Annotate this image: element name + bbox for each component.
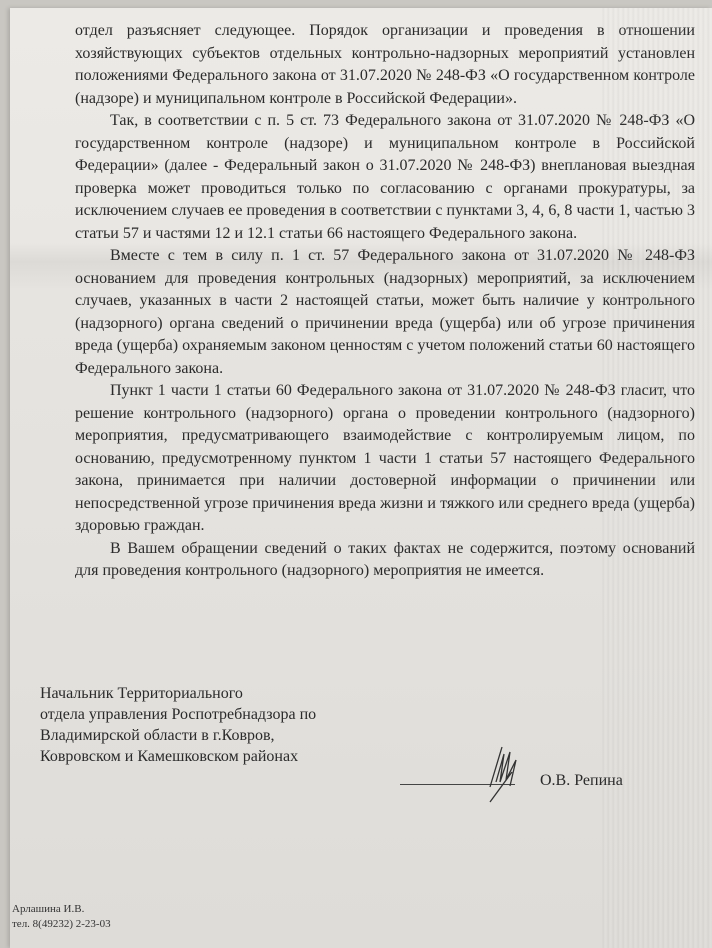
executor-name: Арлашина И.В. [12, 902, 111, 917]
signatory-title: Начальник Территориального отдела управл… [40, 683, 316, 767]
signatory-title-line: Ковровском и Камешковском районах [40, 746, 316, 767]
letter-body: отдел разъясняет следующее. Порядок орга… [75, 20, 695, 583]
signatory-title-line: Начальник Территориального [40, 683, 316, 704]
paragraph-article-73: Так, в соответствии с п. 5 ст. 73 Федера… [75, 110, 695, 245]
document-page: отдел разъясняет следующее. Порядок орга… [10, 8, 712, 948]
signatory-title-line: отдела управления Роспотребнадзора по [40, 704, 316, 725]
executor-info: Арлашина И.В. тел. 8(49232) 2-23-03 [12, 902, 111, 932]
paragraph-article-60: Пункт 1 части 1 статьи 60 Федерального з… [75, 380, 695, 538]
paragraph-intro: отдел разъясняет следующее. Порядок орга… [75, 20, 695, 110]
signatory-name: О.В. Репина [540, 772, 623, 790]
paragraph-article-57: Вместе с тем в силу п. 1 ст. 57 Федераль… [75, 245, 695, 380]
signature-icon [470, 742, 530, 804]
executor-phone: тел. 8(49232) 2-23-03 [12, 917, 111, 932]
signatory-title-line: Владимирской области в г.Ковров, [40, 725, 316, 746]
paragraph-conclusion: В Вашем обращении сведений о таких факта… [75, 538, 695, 583]
